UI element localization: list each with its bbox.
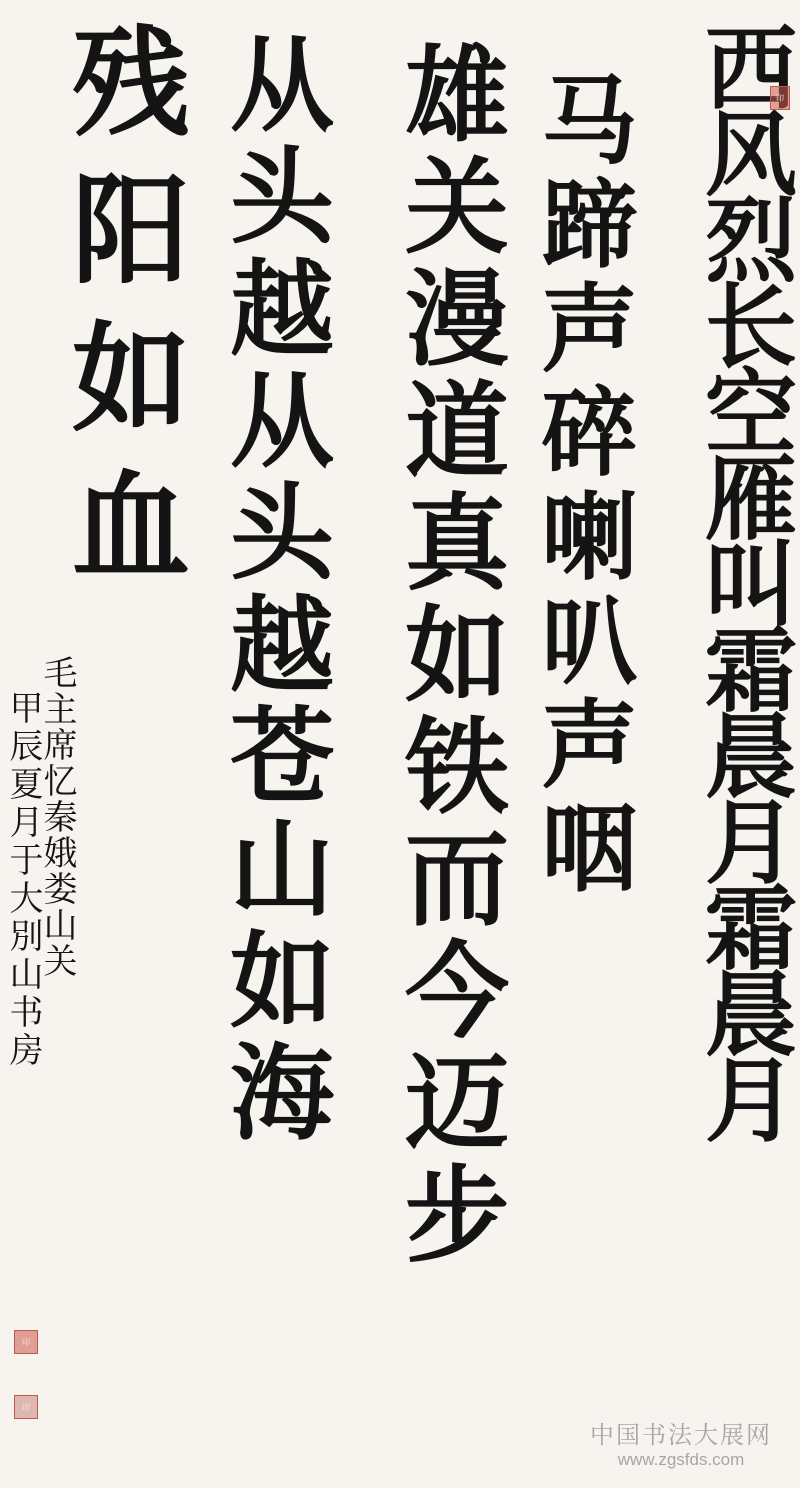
calligraphy-artwork: 西风烈长空雁叫霜晨月霜晨月 马蹄声碎喇叭声咽 雄关漫道真如铁而今迈步 从头越从头… <box>0 0 800 1488</box>
seal-stamp-left-2: 印 <box>14 1395 38 1419</box>
calligraphy-column-3: 雄关漫道真如铁而今迈步 <box>380 40 500 1272</box>
inscription-line-1: 毛主席忆秦娥娄山关 <box>38 655 74 979</box>
calligraphy-column-1: 西风烈长空雁叫霜晨月霜晨月 <box>690 20 790 1138</box>
inscription-line-2: 甲辰夏月于大別山书房 <box>4 690 40 1070</box>
watermark-title: 中国书法大展网 <box>590 1415 772 1450</box>
watermark: 中国书法大展网 www.zgsfds.com <box>590 1415 772 1470</box>
watermark-url: www.zgsfds.com <box>590 1450 772 1470</box>
seal-stamp-left-1: 印 <box>14 1330 38 1354</box>
calligraphy-column-5: 残阳如血 <box>70 20 180 612</box>
calligraphy-column-2: 马蹄声碎喇叭声咽 <box>520 70 630 902</box>
calligraphy-column-4: 从头越从头越苍山如海 <box>215 30 325 1150</box>
seal-stamp-top-right: 印 <box>770 86 790 110</box>
